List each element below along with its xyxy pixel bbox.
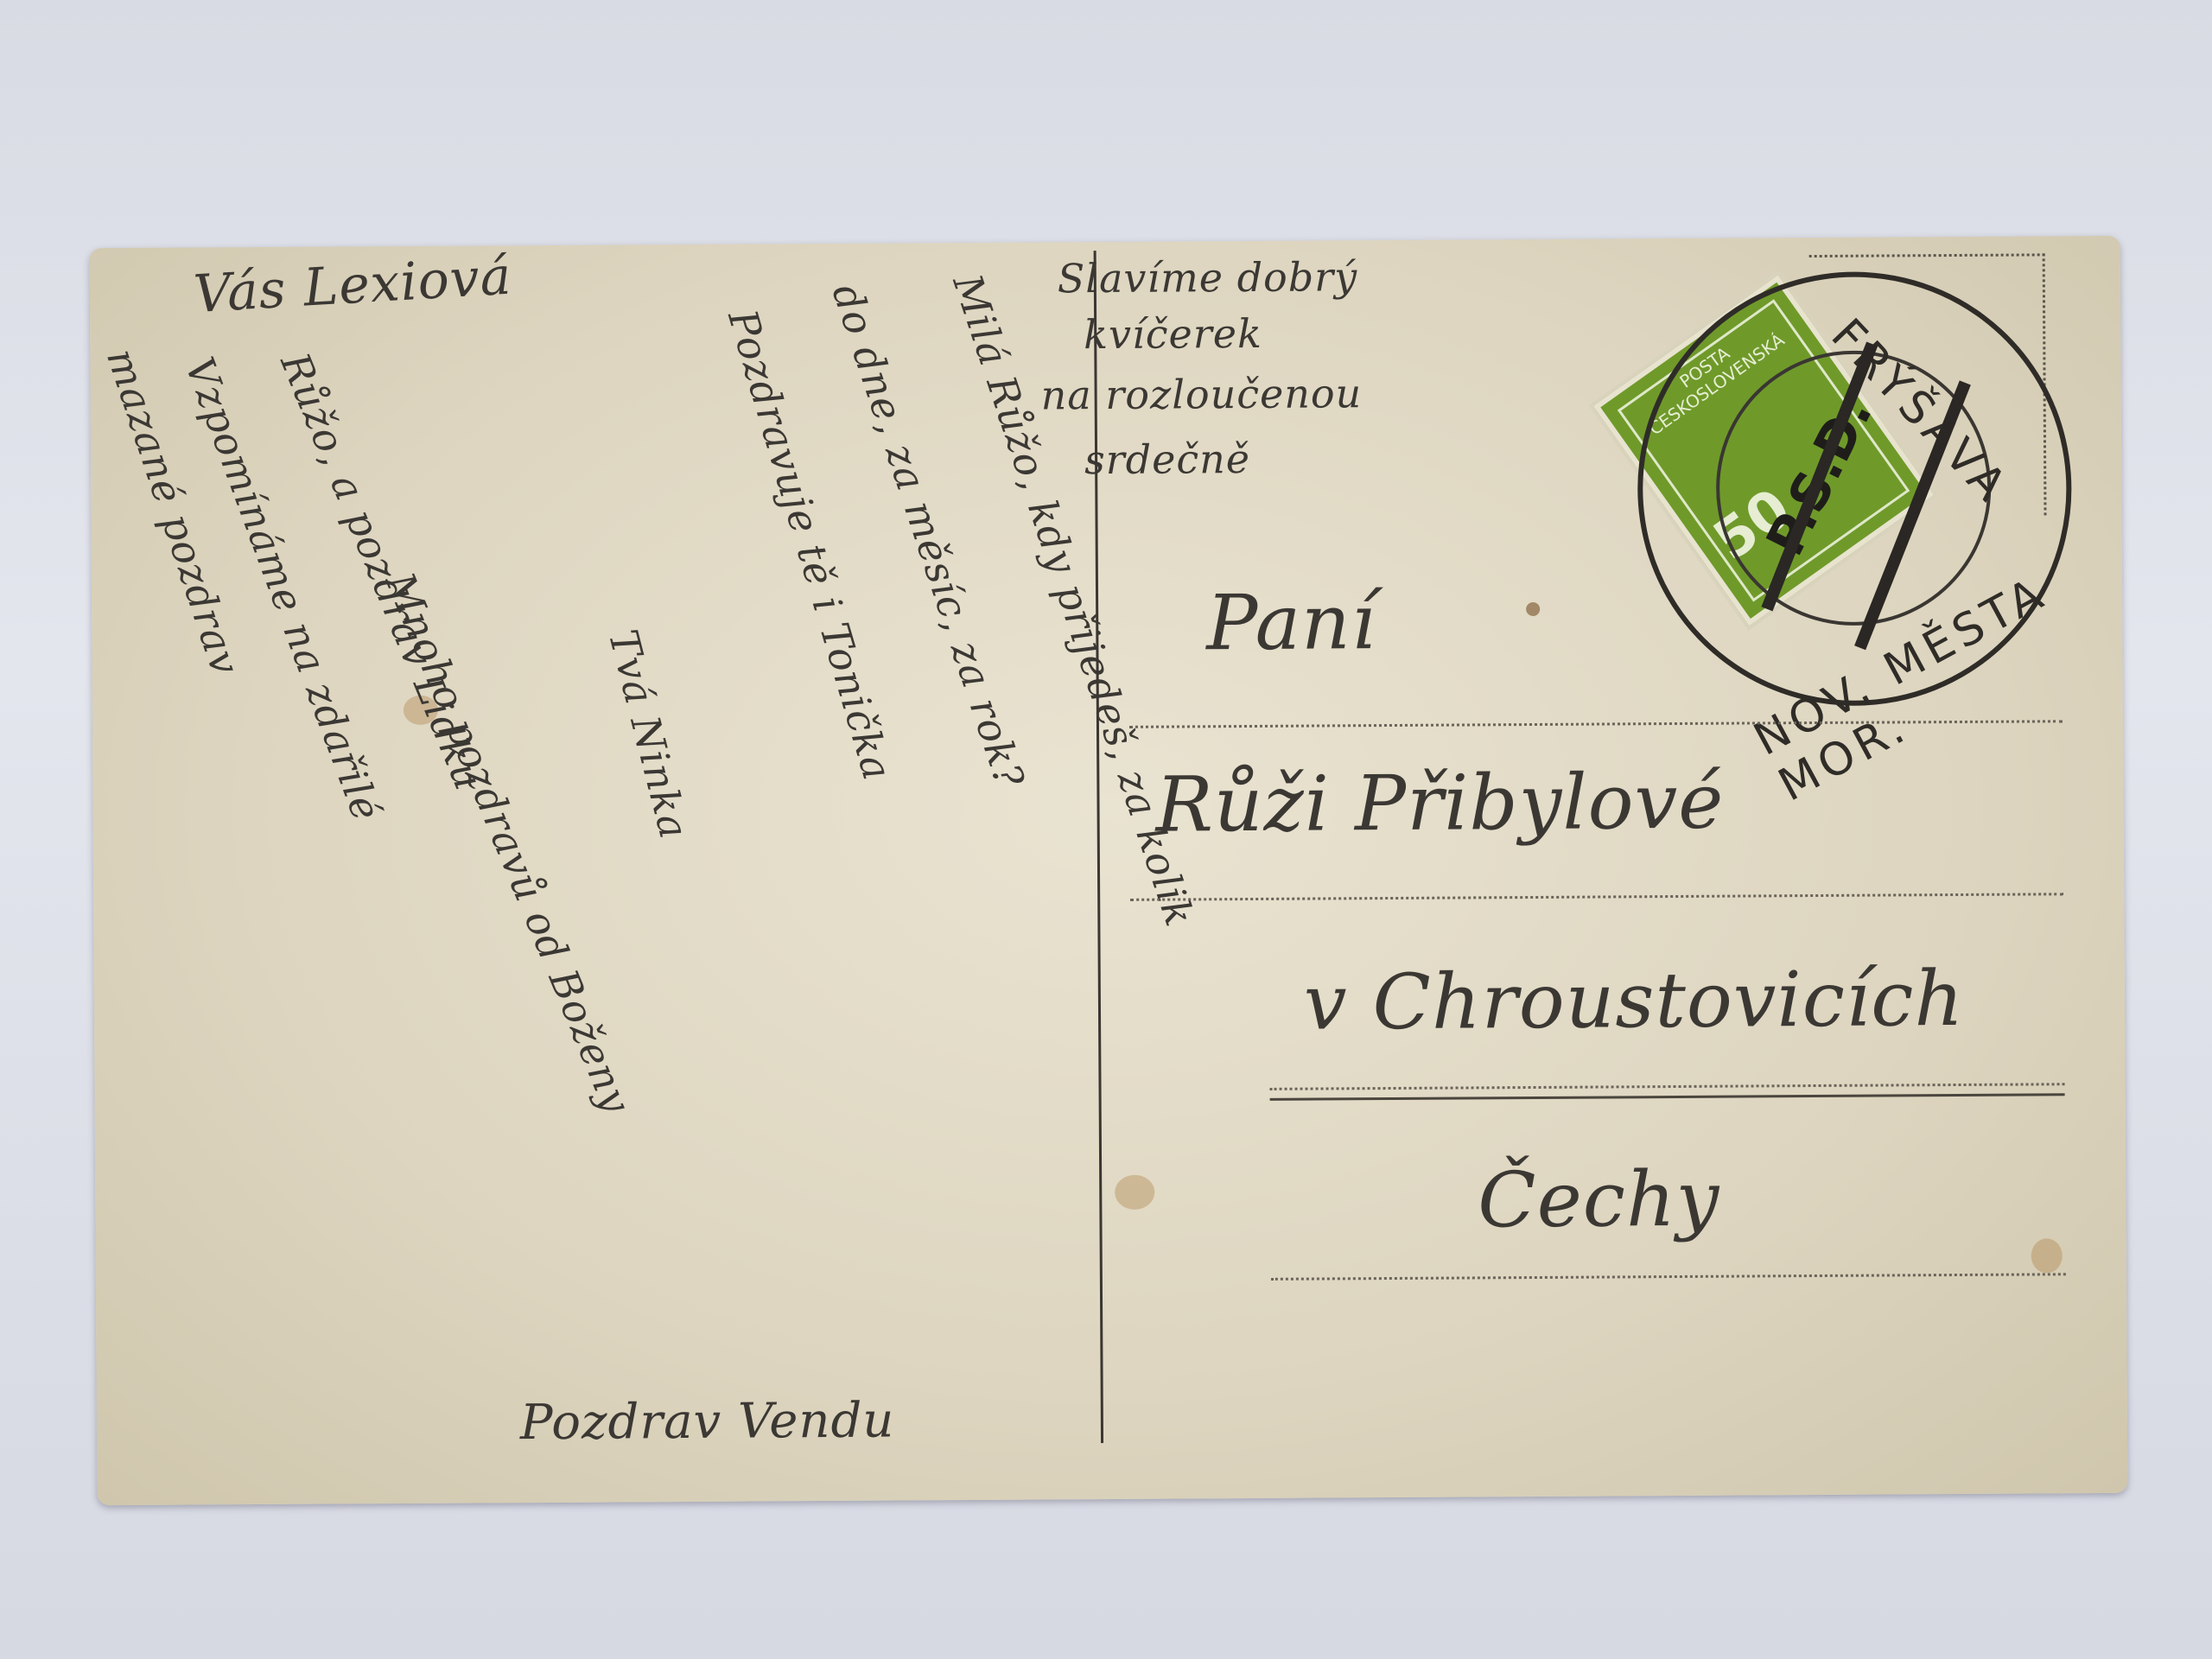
- address-dotted-line: [1130, 893, 2063, 901]
- divider-line: [1094, 251, 1103, 1443]
- address-underline: [1270, 1093, 2065, 1101]
- address-dotted-line: [1271, 1273, 2066, 1281]
- message-heading: Vás Lexiová: [192, 246, 513, 325]
- message-line: Mnoho pozdravů od Boženy: [377, 566, 640, 1120]
- address-line-2: Růži Přibylové: [1155, 757, 1724, 849]
- postcard: Vás Lexiová mazané pozdrav Vzpomínáme na…: [90, 236, 2128, 1505]
- stain: [1115, 1175, 1154, 1210]
- address-line-3: v Chroustovicích: [1304, 954, 1965, 1047]
- note-line: kvíčerek: [1084, 310, 1262, 358]
- note-line: srdečně: [1084, 435, 1250, 483]
- address-dotted-line: [1270, 1083, 2065, 1090]
- message-closing: Pozdrav Vendu: [520, 1393, 895, 1452]
- note-line: Slavíme dobrý: [1058, 253, 1358, 302]
- note-line: na rozloučenou: [1040, 370, 1362, 418]
- stain: [1526, 602, 1540, 616]
- address-line-4: Čechy: [1478, 1154, 1720, 1245]
- message-line: Tvá Ninka: [600, 625, 698, 843]
- address-line-1: Paní: [1206, 577, 1376, 667]
- stain: [2031, 1238, 2063, 1273]
